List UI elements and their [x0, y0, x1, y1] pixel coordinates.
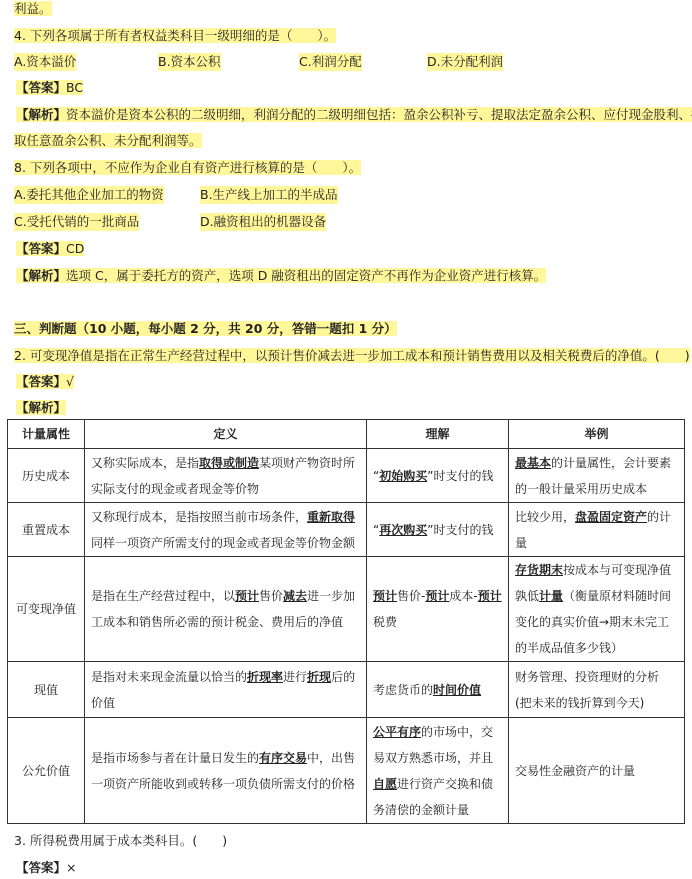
- table-row: 可变现净值是指在生产经营过程中，以预计售价减去进一步加工成本和销售所必需的预计税…: [8, 557, 685, 662]
- emphasis-text: 自愿: [373, 777, 397, 791]
- fragment-text: 利益。: [14, 0, 52, 18]
- j3-stem-text: 3. 所得税费用属于成本类科目。( ): [14, 833, 227, 848]
- emphasis-text: 减去: [283, 589, 307, 603]
- q4-analysis: 【解析】资本溢价是资本公积的二级明细，利润分配的二级明细包括：盈余公积补亏、提取…: [16, 106, 692, 124]
- cell-understanding: 考虑货币的时间价值: [367, 662, 509, 718]
- section-heading: 三、判断题（10 小题，每小题 2 分，共 20 分，答错一题扣 1 分）: [14, 320, 397, 338]
- cell-understanding: 公平有序的市场中，交易双方熟悉市场，并且自愿进行资产交换和债务清偿的金额计量: [367, 718, 509, 824]
- answer-value: √: [66, 374, 74, 389]
- cell-attr: 公允价值: [8, 718, 85, 824]
- cell-text: 售价-: [397, 589, 425, 603]
- emphasis-text: 计量: [539, 589, 563, 603]
- q4-option-c: C.利润分配: [299, 53, 362, 71]
- cell-definition: 又称实际成本，是指取得或制造某项财产物资时所实际支付的现金或者现金等价物: [85, 449, 367, 503]
- emphasis-text: 重新取得: [307, 510, 355, 524]
- emphasis-text: 预计: [425, 589, 449, 603]
- q4-stem: 4. 下列各项属于所有者权益类科目一级明细的是（ ）。: [14, 27, 336, 45]
- j3-answer: 【答案】×: [16, 859, 77, 877]
- cell-definition: 是指在生产经营过程中，以预计售价减去进一步加工成本和销售所必需的预计税金、费用后…: [85, 557, 367, 662]
- q8-option-d: D.融资租出的机器设备: [200, 213, 326, 231]
- j3-stem: 3. 所得税费用属于成本类科目。( ): [14, 832, 227, 850]
- emphasis-text: 预计: [373, 589, 397, 603]
- emphasis-text: 时间价值: [433, 683, 481, 697]
- cell-understanding: “再次购买”时支付的钱: [367, 503, 509, 557]
- emphasis-text: 取得或制造: [199, 456, 259, 470]
- cell-text: 是指市场参与者在计量日发生的: [91, 751, 259, 765]
- j2-analysis: 【解析】: [16, 399, 66, 417]
- q4-option-d: D.未分配利润: [427, 53, 503, 71]
- answer-label: 【答案】: [16, 374, 66, 389]
- answer-value: ×: [66, 860, 76, 875]
- cell-understanding: “初始购买”时支付的钱: [367, 449, 509, 503]
- cell-text: 税费: [373, 615, 397, 629]
- cell-example: 交易性金融资产的计量: [509, 718, 685, 824]
- q4-option-a: A.资本溢价: [14, 53, 76, 71]
- cell-attr: 可变现净值: [8, 557, 85, 662]
- analysis-text-cont: 取任意盈余公积、未分配利润等。: [14, 133, 202, 148]
- cell-definition: 又称现行成本，是指按照当前市场条件，重新取得同样一项资产所需支付的现金或者现金等…: [85, 503, 367, 557]
- emphasis-text: 再次购买: [379, 523, 427, 537]
- cell-text: 成本-: [449, 589, 477, 603]
- cell-attr: 现值: [8, 662, 85, 718]
- cell-example: 最基本的计量属性，会计要素的一般计量采用历史成本: [509, 449, 685, 503]
- measurement-attributes-table: 计量属性 定义 理解 举例 历史成本又称实际成本，是指取得或制造某项财产物资时所…: [7, 419, 685, 824]
- q8-stem: 8. 下列各项中，不应作为企业自有资产进行核算的是（ ）。: [14, 159, 361, 177]
- cell-example: 财务管理、投资理财的分析 (把未来的钱折算到今天): [509, 662, 685, 718]
- cell-text: 是指对未来现金流量以恰当的: [91, 670, 247, 684]
- cell-text: 同样一项资产所需支付的现金或者现金等价物金额: [91, 536, 355, 550]
- q8-option-a: A.委托其他企业加工的物资: [14, 186, 164, 204]
- emphasis-text: 预计: [478, 589, 502, 603]
- fragment-top: 利益。: [14, 1, 52, 16]
- answer-label: 【答案】: [16, 80, 66, 95]
- table-row: 现值是指对未来现金流量以恰当的折现率进行折现后的价值考虑货币的时间价值财务管理、…: [8, 662, 685, 718]
- q8-answer: 【答案】CD: [16, 240, 84, 258]
- j2-answer: 【答案】√: [16, 373, 74, 391]
- j2-stem-text: 2. 可变现净值是指在正常生产经营过程中，以预计售价减去进一步加工成本和预计销售…: [14, 348, 690, 363]
- cell-text: 比较少用，: [515, 510, 575, 524]
- cell-text: ”时支付的钱: [427, 523, 493, 537]
- analysis-label: 【解析】: [16, 400, 66, 415]
- table-header-row: 计量属性 定义 理解 举例: [8, 420, 685, 449]
- cell-text: 售价: [259, 589, 283, 603]
- cell-text: 是指在生产经营过程中，以: [91, 589, 235, 603]
- cell-attr: 历史成本: [8, 449, 85, 503]
- table-row: 历史成本又称实际成本，是指取得或制造某项财产物资时所实际支付的现金或者现金等价物…: [8, 449, 685, 503]
- emphasis-text: 折现率: [247, 670, 283, 684]
- answer-label: 【答案】: [16, 860, 66, 875]
- q4-analysis-cont: 取任意盈余公积、未分配利润等。: [14, 132, 202, 150]
- q8-stem-text: 8. 下列各项中，不应作为企业自有资产进行核算的是（ ）。: [14, 160, 361, 175]
- cell-text: 又称现行成本，是指按照当前市场条件，: [91, 510, 307, 524]
- emphasis-text: 预计: [235, 589, 259, 603]
- cell-text: ”时支付的钱: [427, 469, 493, 483]
- section-heading-text: 三、判断题（10 小题，每小题 2 分，共 20 分，答错一题扣 1 分）: [14, 321, 397, 336]
- analysis-text: 资本溢价是资本公积的二级明细，利润分配的二级明细包括：盈余公积补亏、提取法定盈余…: [66, 107, 692, 122]
- emphasis-text: 存货期末: [515, 563, 563, 577]
- cell-example: 存货期末按成本与可变现净值孰低计量（衡量原材料随时间变化的真实价值→期末未完工的…: [509, 557, 685, 662]
- cell-definition: 是指市场参与者在计量日发生的有序交易中，出售一项资产所能收到或转移一项负债所需支…: [85, 718, 367, 824]
- header-definition: 定义: [85, 420, 367, 449]
- emphasis-text: 有序交易: [259, 751, 307, 765]
- emphasis-text: 公平有序: [373, 725, 421, 739]
- header-understanding: 理解: [367, 420, 509, 449]
- analysis-label: 【解析】: [16, 107, 66, 122]
- emphasis-text: 最基本: [515, 456, 551, 470]
- q8-analysis: 【解析】选项 C，属于委托方的资产，选项 D 融资租出的固定资产不再作为企业资产…: [16, 267, 546, 285]
- q4-answer: 【答案】BC: [16, 79, 83, 97]
- q8-option-c: C.受托代销的一批商品: [14, 213, 139, 231]
- header-attr: 计量属性: [8, 420, 85, 449]
- table-row: 重置成本又称现行成本，是指按照当前市场条件，重新取得同样一项资产所需支付的现金或…: [8, 503, 685, 557]
- cell-example: 比较少用，盘盈固定资产的计量: [509, 503, 685, 557]
- emphasis-text: 折现: [307, 670, 331, 684]
- answer-value: CD: [66, 241, 84, 256]
- j2-stem: 2. 可变现净值是指在正常生产经营过程中，以预计售价减去进一步加工成本和预计销售…: [14, 347, 690, 365]
- q4-stem-text: 4. 下列各项属于所有者权益类科目一级明细的是（ ）。: [14, 28, 336, 43]
- emphasis-text: 盘盈固定资产: [575, 510, 647, 524]
- answer-value: BC: [66, 80, 83, 95]
- cell-text: 进行: [283, 670, 307, 684]
- cell-understanding: 预计售价-预计成本-预计税费: [367, 557, 509, 662]
- cell-attr: 重置成本: [8, 503, 85, 557]
- table-row: 公允价值是指市场参与者在计量日发生的有序交易中，出售一项资产所能收到或转移一项负…: [8, 718, 685, 824]
- answer-label: 【答案】: [16, 241, 66, 256]
- emphasis-text: 初始购买: [379, 469, 427, 483]
- cell-text: 交易性金融资产的计量: [515, 764, 635, 778]
- analysis-text: 选项 C，属于委托方的资产，选项 D 融资租出的固定资产不再作为企业资产进行核算…: [66, 268, 546, 283]
- analysis-label: 【解析】: [16, 268, 66, 283]
- cell-text: 考虑货币的: [373, 683, 433, 697]
- header-example: 举例: [509, 420, 685, 449]
- cell-text: 财务管理、投资理财的分析 (把未来的钱折算到今天): [515, 670, 659, 710]
- cell-definition: 是指对未来现金流量以恰当的折现率进行折现后的价值: [85, 662, 367, 718]
- q8-option-b: B.生产线上加工的半成品: [200, 186, 338, 204]
- cell-text: 又称实际成本，是指: [91, 456, 199, 470]
- q4-option-b: B.资本公积: [158, 53, 221, 71]
